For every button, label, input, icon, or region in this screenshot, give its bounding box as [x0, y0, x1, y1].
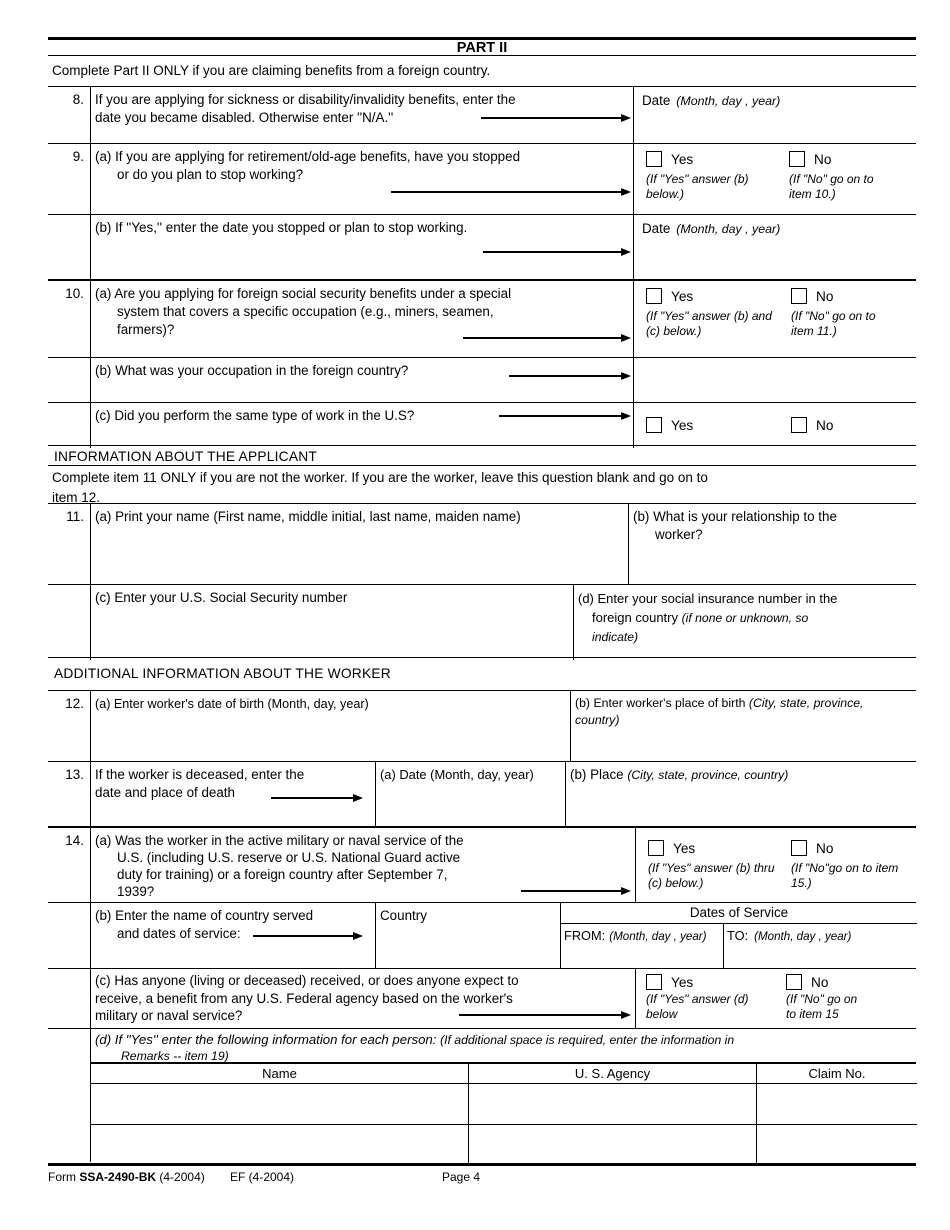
item10a-no-checkbox[interactable]: [791, 288, 807, 304]
item11b-relationship-field[interactable]: (b) What is your relationship to the wor…: [628, 504, 916, 584]
item12-number: 12.: [48, 691, 90, 761]
item14a-yes-checkbox[interactable]: [648, 840, 664, 856]
item10c-number-spacer: [48, 403, 90, 448]
item9a-no-hint: (If "No" go on to item 10.): [789, 172, 891, 202]
item14a-no-hint: (If "No"go on to item 15.): [791, 861, 899, 891]
item11ab-row: 11. (a) Print your name (First name, mid…: [48, 504, 916, 584]
item14c-question: (c) Has anyone (living or deceased) rece…: [90, 969, 635, 1029]
claim-column-header: Claim No.: [756, 1064, 917, 1084]
items-12-13-table: 12. (a) Enter worker's date of birth (Mo…: [48, 690, 916, 826]
item13-row: 13. If the worker is deceased, enter the…: [48, 761, 916, 827]
right-arrow-icon: [459, 1010, 631, 1020]
agency-cell[interactable]: [468, 1084, 756, 1125]
item14c-no-hint: (If "No" go on: [786, 992, 898, 1007]
item8-number: 8.: [48, 87, 90, 143]
item10a-row: 10. (a) Are you applying for foreign soc…: [48, 279, 916, 357]
item14a-yes-hint: (If "Yes" answer (b) thru (c) below.): [648, 861, 782, 891]
item10b-number-spacer: [48, 358, 90, 403]
service-to-field[interactable]: TO:(Month, day , year): [723, 924, 917, 969]
item14b-country-field[interactable]: Country: [375, 903, 560, 969]
item9a-question: (a) If you are applying for retirement/o…: [90, 144, 633, 215]
item14a-row: 14. (a) Was the worker in the active mil…: [48, 828, 916, 902]
right-arrow-icon: [391, 187, 631, 197]
item10a-question: (a) Are you applying for foreign social …: [90, 281, 633, 359]
item11-table: 11. (a) Print your name (First name, mid…: [48, 503, 916, 658]
applicant-section-title: INFORMATION ABOUT THE APPLICANT: [48, 449, 916, 466]
item14-table: 14. (a) Was the worker in the active mil…: [48, 826, 916, 1062]
date-label: Date: [642, 221, 670, 236]
item14d-number-spacer: [48, 1029, 90, 1065]
form-identifier: Form SSA-2490-BK (4-2004): [48, 1170, 205, 1184]
item10c-no-checkbox[interactable]: [791, 417, 807, 433]
item14b-question: (b) Enter the name of country served and…: [90, 903, 375, 969]
claim-cell[interactable]: [756, 1084, 917, 1125]
item14a-question: (a) Was the worker in the active militar…: [90, 828, 635, 902]
item11cd-row: (c) Enter your U.S. Social Security numb…: [48, 584, 916, 659]
date-label: Date: [642, 93, 670, 108]
name-column-header: Name: [91, 1064, 468, 1084]
right-arrow-icon: [509, 371, 631, 381]
item9-number: 9.: [48, 144, 90, 215]
item10a-no-hint: (If "No" go on to item 11.): [791, 309, 893, 339]
item10c-yes-checkbox[interactable]: [646, 417, 662, 433]
date-format-hint: (Month, day , year): [670, 94, 780, 108]
item14b-dates-of-service: Dates of Service FROM:(Month, day , year…: [560, 903, 916, 969]
yes-label: Yes: [671, 418, 693, 433]
item9b-number-spacer: [48, 215, 90, 280]
form-page: PART II Complete Part II ONLY if you are…: [0, 0, 950, 1230]
agency-cell[interactable]: [468, 1125, 756, 1164]
footer: Form SSA-2490-BK (4-2004) EF (4-2004) Pa…: [48, 1170, 916, 1188]
ef-identifier: EF (4-2004): [230, 1170, 294, 1184]
item14c-no-checkbox[interactable]: [786, 974, 802, 990]
dates-of-service-header: Dates of Service: [561, 903, 917, 924]
part-ii-title: PART II: [48, 40, 916, 56]
no-label: No: [816, 841, 833, 856]
part-ii-intro: Complete Part II ONLY if you are claimin…: [52, 61, 912, 81]
no-label: No: [811, 975, 828, 990]
item11-number: 11.: [48, 504, 90, 584]
item14c-number-spacer: [48, 969, 90, 1029]
no-label: No: [816, 418, 833, 433]
right-arrow-icon: [499, 411, 631, 421]
item9a-yes-checkbox[interactable]: [646, 151, 662, 167]
item14c-yes-checkbox[interactable]: [646, 974, 662, 990]
item14c-row: (c) Has anyone (living or deceased) rece…: [48, 968, 916, 1028]
item13-number: 13.: [48, 762, 90, 828]
page-number: Page 4: [442, 1170, 480, 1184]
yes-label: Yes: [673, 841, 695, 856]
date-format-hint: (Month, day , year): [670, 222, 780, 236]
right-arrow-icon: [481, 113, 631, 123]
item11d-foreign-number-field[interactable]: (d) Enter your social insurance number i…: [573, 585, 916, 660]
worker-section-title: ADDITIONAL INFORMATION ABOUT THE WORKER: [48, 666, 916, 684]
item14-number: 14.: [48, 828, 90, 902]
yes-label: Yes: [671, 289, 693, 304]
no-label: No: [814, 152, 831, 167]
applicant-section-intro: Complete item 11 ONLY if you are not the…: [52, 468, 914, 508]
item10a-answer: Yes (If "Yes" answer (b) and (c) below.)…: [633, 281, 916, 359]
right-arrow-icon: [463, 333, 631, 343]
item9b-question: (b) If ''Yes,'' enter the date you stopp…: [90, 215, 633, 280]
right-arrow-icon: [271, 793, 363, 803]
item14c-yes-hint: (If "Yes" answer (d): [646, 992, 784, 1007]
item10b-answer-field[interactable]: [633, 358, 916, 403]
item14d-row: (d) If ''Yes'' enter the following infor…: [48, 1028, 916, 1064]
item14b-row: (b) Enter the name of country served and…: [48, 902, 916, 968]
item9b-date-field[interactable]: Date(Month, day , year): [633, 215, 916, 280]
item8-question: If you are applying for sickness or disa…: [90, 87, 633, 143]
yes-label: Yes: [671, 152, 693, 167]
item10c-question: (c) Did you perform the same type of wor…: [90, 403, 633, 448]
claim-cell[interactable]: [756, 1125, 917, 1164]
item8-date-field[interactable]: Date(Month, day , year): [633, 87, 916, 143]
item11a-name-field[interactable]: (a) Print your name (First name, middle …: [90, 504, 628, 584]
item11c-ssn-field[interactable]: (c) Enter your U.S. Social Security numb…: [90, 585, 573, 660]
item10a-yes-hint: (If "Yes" answer (b) and (c) below.): [646, 309, 780, 339]
right-arrow-icon: [483, 247, 631, 257]
item12-row: 12. (a) Enter worker's date of birth (Mo…: [48, 691, 916, 761]
no-label: No: [816, 289, 833, 304]
item14c-answer: Yes (If "Yes" answer (d)below No (If "No…: [635, 969, 916, 1029]
item10-number: 10.: [48, 281, 90, 359]
item9b-row: (b) If ''Yes,'' enter the date you stopp…: [48, 214, 916, 279]
item12b-birth-place-field[interactable]: (b) Enter worker's place of birth (City,…: [570, 691, 916, 761]
item9a-answer: Yes (If "Yes" answer (b) below.) No (If …: [633, 144, 916, 215]
item10c-row: (c) Did you perform the same type of wor…: [48, 402, 916, 447]
item10a-yes-checkbox[interactable]: [646, 288, 662, 304]
persons-table-row: [91, 1084, 917, 1125]
item12a-birth-date-field[interactable]: (a) Enter worker's date of birth (Month,…: [90, 691, 570, 761]
item9a-yes-hint: (If "Yes" answer (b) below.): [646, 172, 766, 202]
item11cd-number-spacer: [48, 585, 90, 660]
item10c-answer: Yes No: [633, 403, 916, 448]
persons-table: Name U. S. Agency Claim No.: [90, 1062, 916, 1162]
item14a-answer: Yes (If "Yes" answer (b) thru (c) below.…: [635, 828, 916, 902]
item8-row: 8. If you are applying for sickness or d…: [48, 87, 916, 143]
service-from-field[interactable]: FROM:(Month, day , year): [561, 924, 723, 969]
items-8-10-table: 8. If you are applying for sickness or d…: [48, 86, 916, 446]
persons-table-row: [91, 1125, 917, 1164]
footer-rule: [48, 1163, 916, 1166]
name-cell[interactable]: [91, 1084, 468, 1125]
item14d-instruction: (d) If ''Yes'' enter the following infor…: [90, 1029, 916, 1065]
item13b-death-place-field[interactable]: (b) Place (City, state, province, countr…: [565, 762, 916, 828]
item9a-row: 9. (a) If you are applying for retiremen…: [48, 143, 916, 214]
item10b-question: (b) What was your occupation in the fore…: [90, 358, 633, 403]
right-arrow-icon: [253, 931, 363, 941]
item14b-number-spacer: [48, 903, 90, 969]
item9a-no-checkbox[interactable]: [789, 151, 805, 167]
persons-table-header: Name U. S. Agency Claim No.: [91, 1064, 917, 1084]
item13a-death-date-field[interactable]: (a) Date (Month, day, year): [375, 762, 565, 828]
item13-question: If the worker is deceased, enter the dat…: [90, 762, 375, 828]
yes-label: Yes: [671, 975, 693, 990]
item10b-row: (b) What was your occupation in the fore…: [48, 357, 916, 402]
right-arrow-icon: [521, 886, 631, 896]
agency-column-header: U. S. Agency: [468, 1064, 756, 1084]
name-cell[interactable]: [91, 1125, 468, 1164]
item14a-no-checkbox[interactable]: [791, 840, 807, 856]
